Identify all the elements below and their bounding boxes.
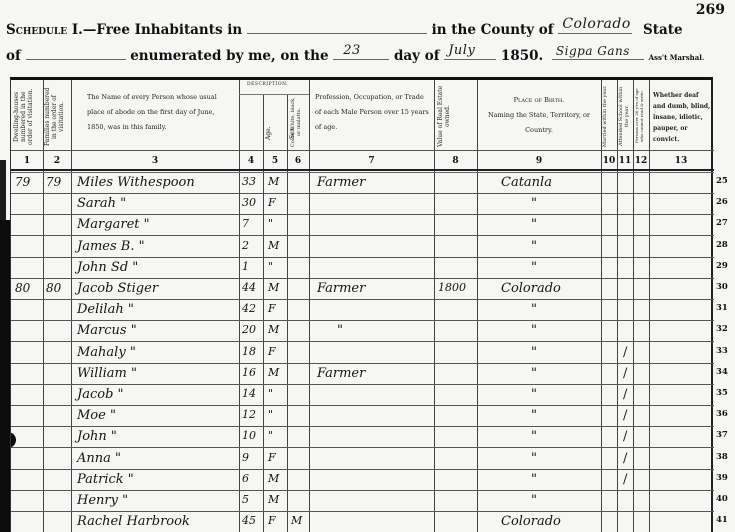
col-number: 8 <box>434 156 477 166</box>
col-number: 3 <box>71 156 239 166</box>
col11-header: Attended School within the year. <box>618 84 632 148</box>
col4-header: Age. <box>265 120 285 146</box>
person-name: John " <box>77 429 117 444</box>
age: 5 <box>242 493 249 506</box>
sex: F <box>268 302 276 315</box>
table-row: Marcus " 20 M " " <box>11 321 714 342</box>
table-row: 79 79 Miles Withespoon 33 M Farmer Catan… <box>11 173 714 194</box>
age: 1 <box>242 260 249 273</box>
line-number: 27 <box>716 218 728 228</box>
col9-header-title: Place of Birth. <box>481 93 597 108</box>
birthplace: " <box>531 408 537 423</box>
col-number: 1 <box>11 156 43 166</box>
person-name: James B. " <box>77 239 145 254</box>
attended-school-mark: / <box>623 387 627 402</box>
table-row: John " 10 " " / <box>11 427 714 448</box>
person-name: Marcus " <box>77 323 137 338</box>
dwelling-number: 79 <box>15 175 30 189</box>
line-number: 34 <box>716 367 728 377</box>
col-number: 10 <box>601 156 617 166</box>
person-name: Margaret " <box>77 217 150 232</box>
col9-header: Naming the State, Territory, or Country. <box>481 108 597 138</box>
table-row: Margaret " 7 " " <box>11 215 714 236</box>
table-row: John Sd " 1 " " <box>11 258 714 279</box>
col10-header: Married within the year. <box>602 84 616 148</box>
age: 44 <box>242 281 256 294</box>
table-row: Sarah " 30 F " <box>11 194 714 215</box>
birthplace: Colorado <box>501 514 561 529</box>
table-row: Delilah " 42 F " <box>11 300 714 321</box>
county-prefix: in the County of <box>432 22 554 38</box>
state-field <box>26 47 126 60</box>
line-number: 40 <box>716 494 728 504</box>
col-number: 2 <box>43 156 71 166</box>
sex: " <box>268 217 273 230</box>
table-row: Patrick " 6 M " / <box>11 470 714 491</box>
birthplace: Catanla <box>501 175 552 190</box>
age: 45 <box>242 514 256 527</box>
birthplace: " <box>531 196 537 211</box>
birthplace: Colorado <box>501 281 561 296</box>
sex: M <box>268 323 279 336</box>
sex: F <box>268 451 276 464</box>
schedule-label: Schedule I. <box>6 22 83 38</box>
sex: " <box>268 260 273 273</box>
occupation: Farmer <box>317 175 365 190</box>
col-number: 11 <box>617 156 633 166</box>
sex: M <box>268 366 279 379</box>
line-number: 25 <box>716 176 728 186</box>
col1-header: Dwelling-houses numbered in the order of… <box>13 86 41 148</box>
person-name: Miles Withespoon <box>77 175 195 190</box>
person-name: Mahaly " <box>77 345 136 360</box>
month-value: July <box>448 43 475 58</box>
person-name: William " <box>77 366 137 381</box>
person-name: John Sd " <box>77 260 138 275</box>
census-table: Dwelling-houses numbered in the order of… <box>10 77 713 532</box>
attended-school-mark: / <box>623 366 627 381</box>
family-number: 80 <box>46 281 61 295</box>
age: 14 <box>242 387 256 400</box>
occupation: Farmer <box>317 366 365 381</box>
line-number: 36 <box>716 409 728 419</box>
col-number: 6 <box>287 156 309 166</box>
table-row: James B. " 2 M " <box>11 237 714 258</box>
birthplace: " <box>531 366 537 381</box>
sex: M <box>268 281 279 294</box>
attended-school-mark: / <box>623 408 627 423</box>
col13-header: Whether deaf and dumb, blind, insane, id… <box>653 90 713 145</box>
table-row: Mahaly " 18 F " / <box>11 343 714 364</box>
birthplace: " <box>531 323 537 338</box>
dwelling-number: 80 <box>15 281 30 295</box>
person-name: Delilah " <box>77 302 134 317</box>
description-divider <box>239 94 309 95</box>
col-number: 9 <box>477 156 601 166</box>
attended-school-mark: / <box>623 429 627 444</box>
birthplace: " <box>531 345 537 360</box>
table-row: Henry " 5 M " <box>11 491 714 512</box>
marshal-field: Sigpa Gans <box>552 47 644 60</box>
col3-header: The Name of every Person whose usual pla… <box>87 90 233 135</box>
marshal-signature: Sigpa Gans <box>556 44 630 58</box>
table-row: Jacob " 14 " " / <box>11 385 714 406</box>
col8-header: Value of Real Estate owned. <box>437 84 475 148</box>
enumeration-line: of enumerated by me, on the 23 day of Ju… <box>6 47 704 64</box>
attended-school-mark: / <box>623 451 627 466</box>
column-number-divider <box>11 169 714 171</box>
schedule-title: —Free Inhabitants in <box>83 22 242 38</box>
age: 33 <box>242 175 256 188</box>
person-name: Jacob " <box>77 387 124 402</box>
sex: " <box>268 387 273 400</box>
table-row: 80 80 Jacob Stiger 44 M Farmer 1800 Colo… <box>11 279 714 300</box>
person-name: Anna " <box>77 451 121 466</box>
col12-header: Persons over 20 y'rs of age who cannot r… <box>634 84 648 148</box>
age: 9 <box>242 451 249 464</box>
description-header: Description. <box>247 81 307 89</box>
table-row: William " 16 M Farmer " / <box>11 364 714 385</box>
of-label: of <box>6 48 21 64</box>
col-number: 13 <box>649 156 713 166</box>
header-divider <box>11 150 714 151</box>
line-number: 39 <box>716 473 728 483</box>
sex: F <box>268 196 276 209</box>
sex: M <box>268 493 279 506</box>
inhabitants-location-field <box>247 21 427 34</box>
sex: " <box>268 408 273 421</box>
line-number: 37 <box>716 430 728 440</box>
census-page: 269 Schedule I.—Free Inhabitants in in t… <box>0 0 735 532</box>
sex: M <box>268 239 279 252</box>
age: 16 <box>242 366 256 379</box>
schedule-title-line: Schedule I.—Free Inhabitants in in the C… <box>6 21 683 38</box>
col-number: 12 <box>633 156 649 166</box>
age: 7 <box>242 217 249 230</box>
age: 20 <box>242 323 256 336</box>
page-number: 269 <box>696 2 725 18</box>
year-label: 1850. <box>501 48 543 64</box>
enumerated-label: enumerated by me, on the <box>130 48 328 64</box>
birthplace: " <box>531 302 537 317</box>
line-number: 41 <box>716 515 728 525</box>
birthplace: " <box>531 451 537 466</box>
person-name: Patrick " <box>77 472 134 487</box>
birthplace: " <box>531 387 537 402</box>
person-name: Moe " <box>77 408 116 423</box>
person-name: Henry " <box>77 493 128 508</box>
line-number: 31 <box>716 303 728 313</box>
real-estate-value: 1800 <box>438 281 466 294</box>
attended-school-mark: / <box>623 345 627 360</box>
occupation: " <box>337 323 343 338</box>
col-number: 4 <box>239 156 263 166</box>
line-number: 26 <box>716 197 728 207</box>
line-number: 28 <box>716 240 728 250</box>
marshal-label: Ass't Marshal. <box>649 53 705 62</box>
age: 6 <box>242 472 249 485</box>
county-field: Colorado <box>558 21 632 34</box>
table-row: Moe " 12 " " / <box>11 406 714 427</box>
birthplace: " <box>531 429 537 444</box>
table-row: Rachel Harbrook 45 F M Colorado <box>11 512 714 532</box>
birthplace: " <box>531 472 537 487</box>
day-field: 23 <box>333 47 389 60</box>
day-value: 23 <box>343 43 361 58</box>
sex: F <box>268 514 276 527</box>
col2-header: Families numbered in the order of visita… <box>44 86 70 148</box>
sex: F <box>268 345 276 358</box>
line-number: 29 <box>716 261 728 271</box>
color: M <box>291 514 302 527</box>
age: 10 <box>242 429 256 442</box>
col7-header: Profession, Occupation, or Trade of each… <box>315 90 429 135</box>
col6-header: Color, White, black, or mulatto. <box>290 96 308 148</box>
birthplace: " <box>531 260 537 275</box>
birthplace: " <box>531 239 537 254</box>
age: 2 <box>242 239 249 252</box>
col-number: 7 <box>309 156 434 166</box>
age: 30 <box>242 196 256 209</box>
person-name: Rachel Harbrook <box>77 514 190 529</box>
occupation: Farmer <box>317 281 365 296</box>
line-number: 33 <box>716 346 728 356</box>
line-number: 30 <box>716 282 728 292</box>
month-field: July <box>444 47 496 60</box>
family-number: 79 <box>46 175 61 189</box>
day-of-label: day of <box>394 48 440 64</box>
sex: M <box>268 472 279 485</box>
table-row: Anna " 9 F " / <box>11 449 714 470</box>
line-number: 35 <box>716 388 728 398</box>
county-value: Colorado <box>562 16 630 32</box>
person-name: Jacob Stiger <box>77 281 158 296</box>
line-number: 38 <box>716 452 728 462</box>
binding-edge <box>0 160 6 220</box>
age: 42 <box>242 302 256 315</box>
state-label: State <box>643 22 683 38</box>
birthplace: " <box>531 493 537 508</box>
age: 12 <box>242 408 256 421</box>
col-number: 5 <box>263 156 287 166</box>
sex: " <box>268 429 273 442</box>
attended-school-mark: / <box>623 472 627 487</box>
person-name: Sarah " <box>77 196 126 211</box>
sex: M <box>268 175 279 188</box>
binding-edge <box>0 220 10 532</box>
birthplace: " <box>531 217 537 232</box>
age: 18 <box>242 345 256 358</box>
line-number: 32 <box>716 324 728 334</box>
